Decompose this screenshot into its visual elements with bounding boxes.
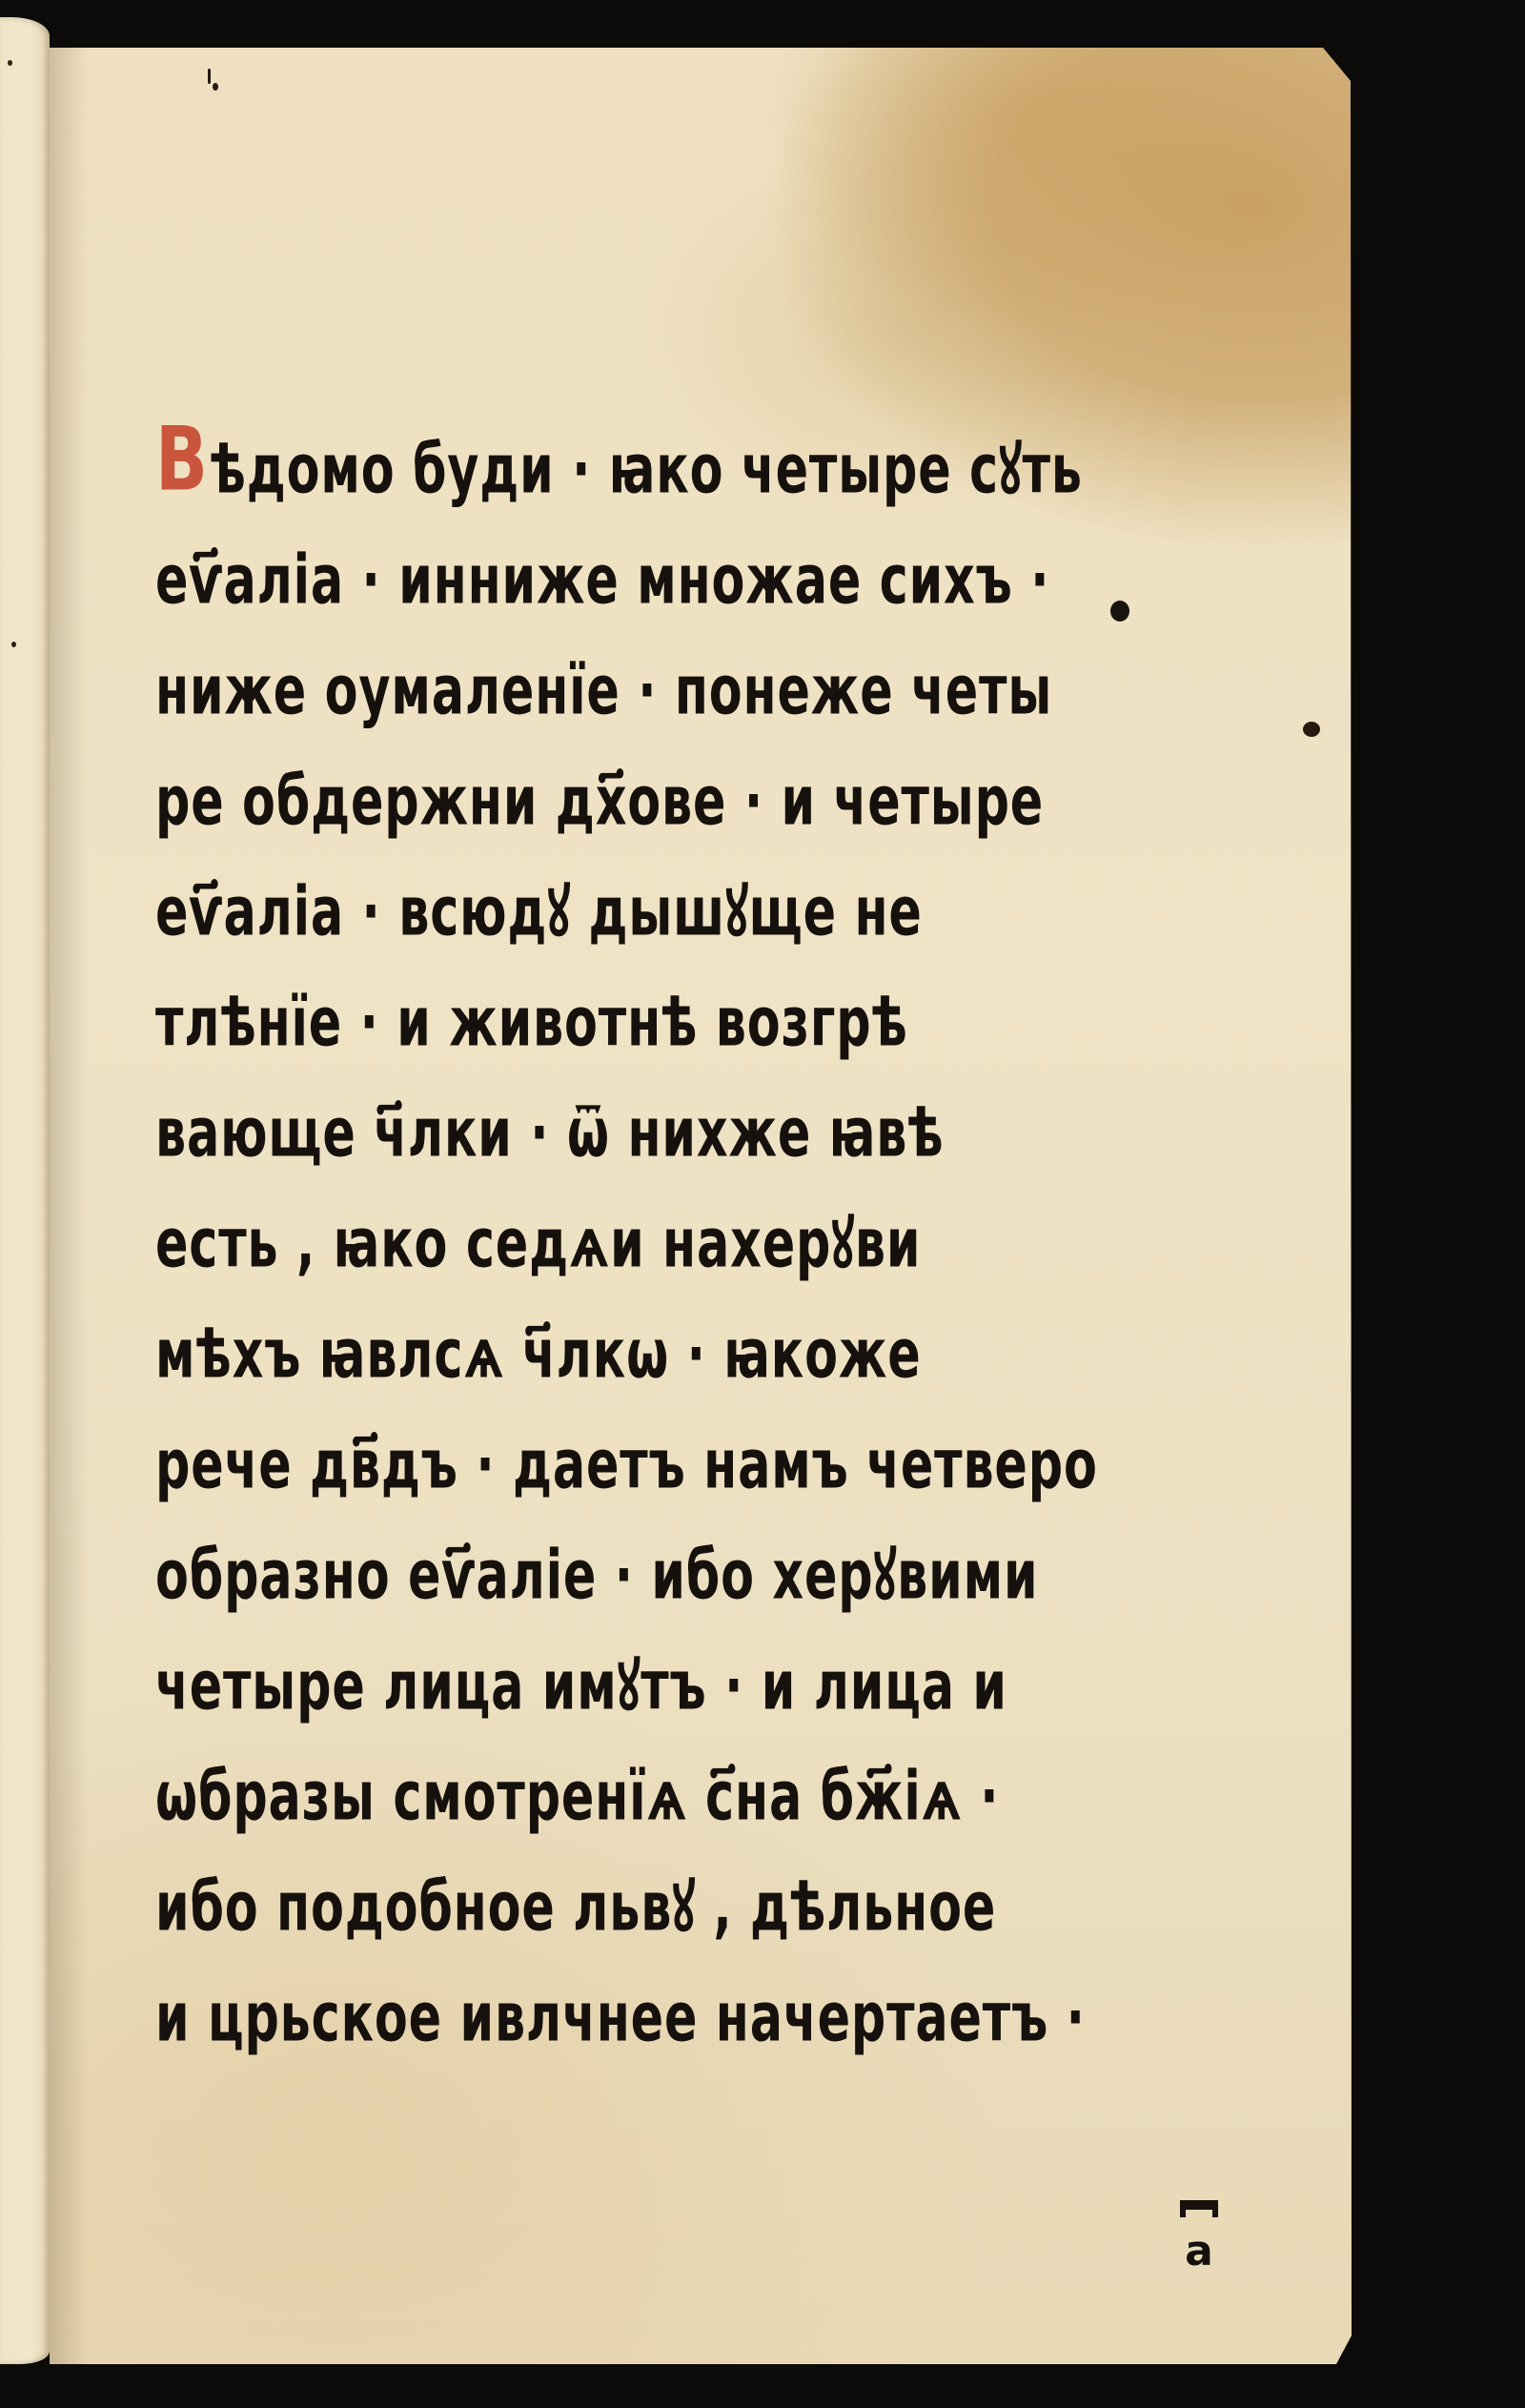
folio-number-value: а bbox=[1185, 2227, 1213, 2275]
text-line: образно еѵ҃аліе · ибо херꙋвими bbox=[155, 1499, 984, 1609]
red-initial-letter: В bbox=[155, 416, 209, 503]
text-line: ѡбразы смотренїѧ с҃на бж҃іѧ · bbox=[155, 1720, 984, 1830]
text-line-content: ѣдомо буди · ꙗко четыре сꙋть bbox=[210, 436, 1082, 503]
text-line: мѣхъ ꙗвлсѧ ч҃лкѡ · ꙗкоже bbox=[155, 1277, 984, 1388]
text-line-content: четыре лица имꙋтъ · и лица и bbox=[155, 1652, 1007, 1720]
text-line-content: ѡбразы смотренїѧ с҃на бж҃іѧ · bbox=[155, 1763, 999, 1830]
ink-speck bbox=[8, 60, 12, 66]
text-line-content: мѣхъ ꙗвлсѧ ч҃лкѡ · ꙗкоже bbox=[155, 1320, 922, 1388]
ink-speck bbox=[213, 83, 218, 91]
titlo-mark bbox=[1180, 2200, 1218, 2217]
text-line-content: ре обдержни дх҃ове · и четыре bbox=[155, 767, 1044, 835]
ink-mark bbox=[208, 69, 211, 84]
facing-page-edge bbox=[0, 17, 50, 2364]
ink-speck bbox=[11, 642, 16, 647]
text-line-content: тлѣнїе · и животнѣ возгрѣ bbox=[155, 989, 908, 1056]
text-line: еѵ҃аліа · всюдꙋ дышꙋще не bbox=[155, 835, 984, 946]
text-line: и црьское ивлчнее начертаетъ · bbox=[155, 1941, 984, 2051]
text-line-content: образно еѵ҃аліе · ибо херꙋвими bbox=[155, 1541, 1038, 1609]
text-line: есть , ꙗко седѧи нахерꙋви bbox=[155, 1167, 984, 1277]
ink-blot bbox=[1303, 722, 1320, 737]
text-line: еѵ҃аліа · инниже множае сихъ · bbox=[155, 503, 984, 614]
text-line: четыре лица имꙋтъ · и лица и bbox=[155, 1609, 984, 1720]
text-line-content: есть , ꙗко седѧи нахерꙋви bbox=[155, 1210, 921, 1277]
text-line-content: еѵ҃аліа · всюдꙋ дышꙋще не bbox=[155, 878, 923, 946]
text-line: рече дв҃дъ · даетъ намъ четверо bbox=[155, 1388, 984, 1499]
folio-number: а bbox=[1180, 2200, 1218, 2275]
text-line: ибо подобное львꙋ , дѣльное bbox=[155, 1830, 984, 1941]
text-line-content: еѵ҃аліа · инниже множае сихъ · bbox=[155, 546, 1049, 614]
scanned-book-spread: В ѣдомо буди · ꙗко четыре сꙋть еѵ҃аліа ·… bbox=[0, 0, 1525, 2408]
main-text-block: В ѣдомо буди · ꙗко четыре сꙋть еѵ҃аліа ·… bbox=[155, 393, 1166, 2051]
text-line-content: и црьское ивлчнее начертаетъ · bbox=[155, 1984, 1086, 2051]
text-line-content: ниже оумаленїе · понеже четы bbox=[155, 657, 1052, 724]
text-line: вающе ч҃лки · ѿ нихже ꙗвѣ bbox=[155, 1056, 984, 1167]
text-line: В ѣдомо буди · ꙗко четыре сꙋть bbox=[155, 393, 984, 503]
text-line: тлѣнїе · и животнѣ возгрѣ bbox=[155, 946, 984, 1056]
text-line-content: вающе ч҃лки · ѿ нихже ꙗвѣ bbox=[155, 1099, 944, 1167]
text-line: ре обдержни дх҃ове · и четыре bbox=[155, 724, 984, 835]
text-line-content: рече дв҃дъ · даетъ намъ четверо bbox=[155, 1431, 1098, 1499]
text-line-content: ибо подобное львꙋ , дѣльное bbox=[155, 1873, 996, 1941]
text-line: ниже оумаленїе · понеже четы bbox=[155, 614, 984, 724]
